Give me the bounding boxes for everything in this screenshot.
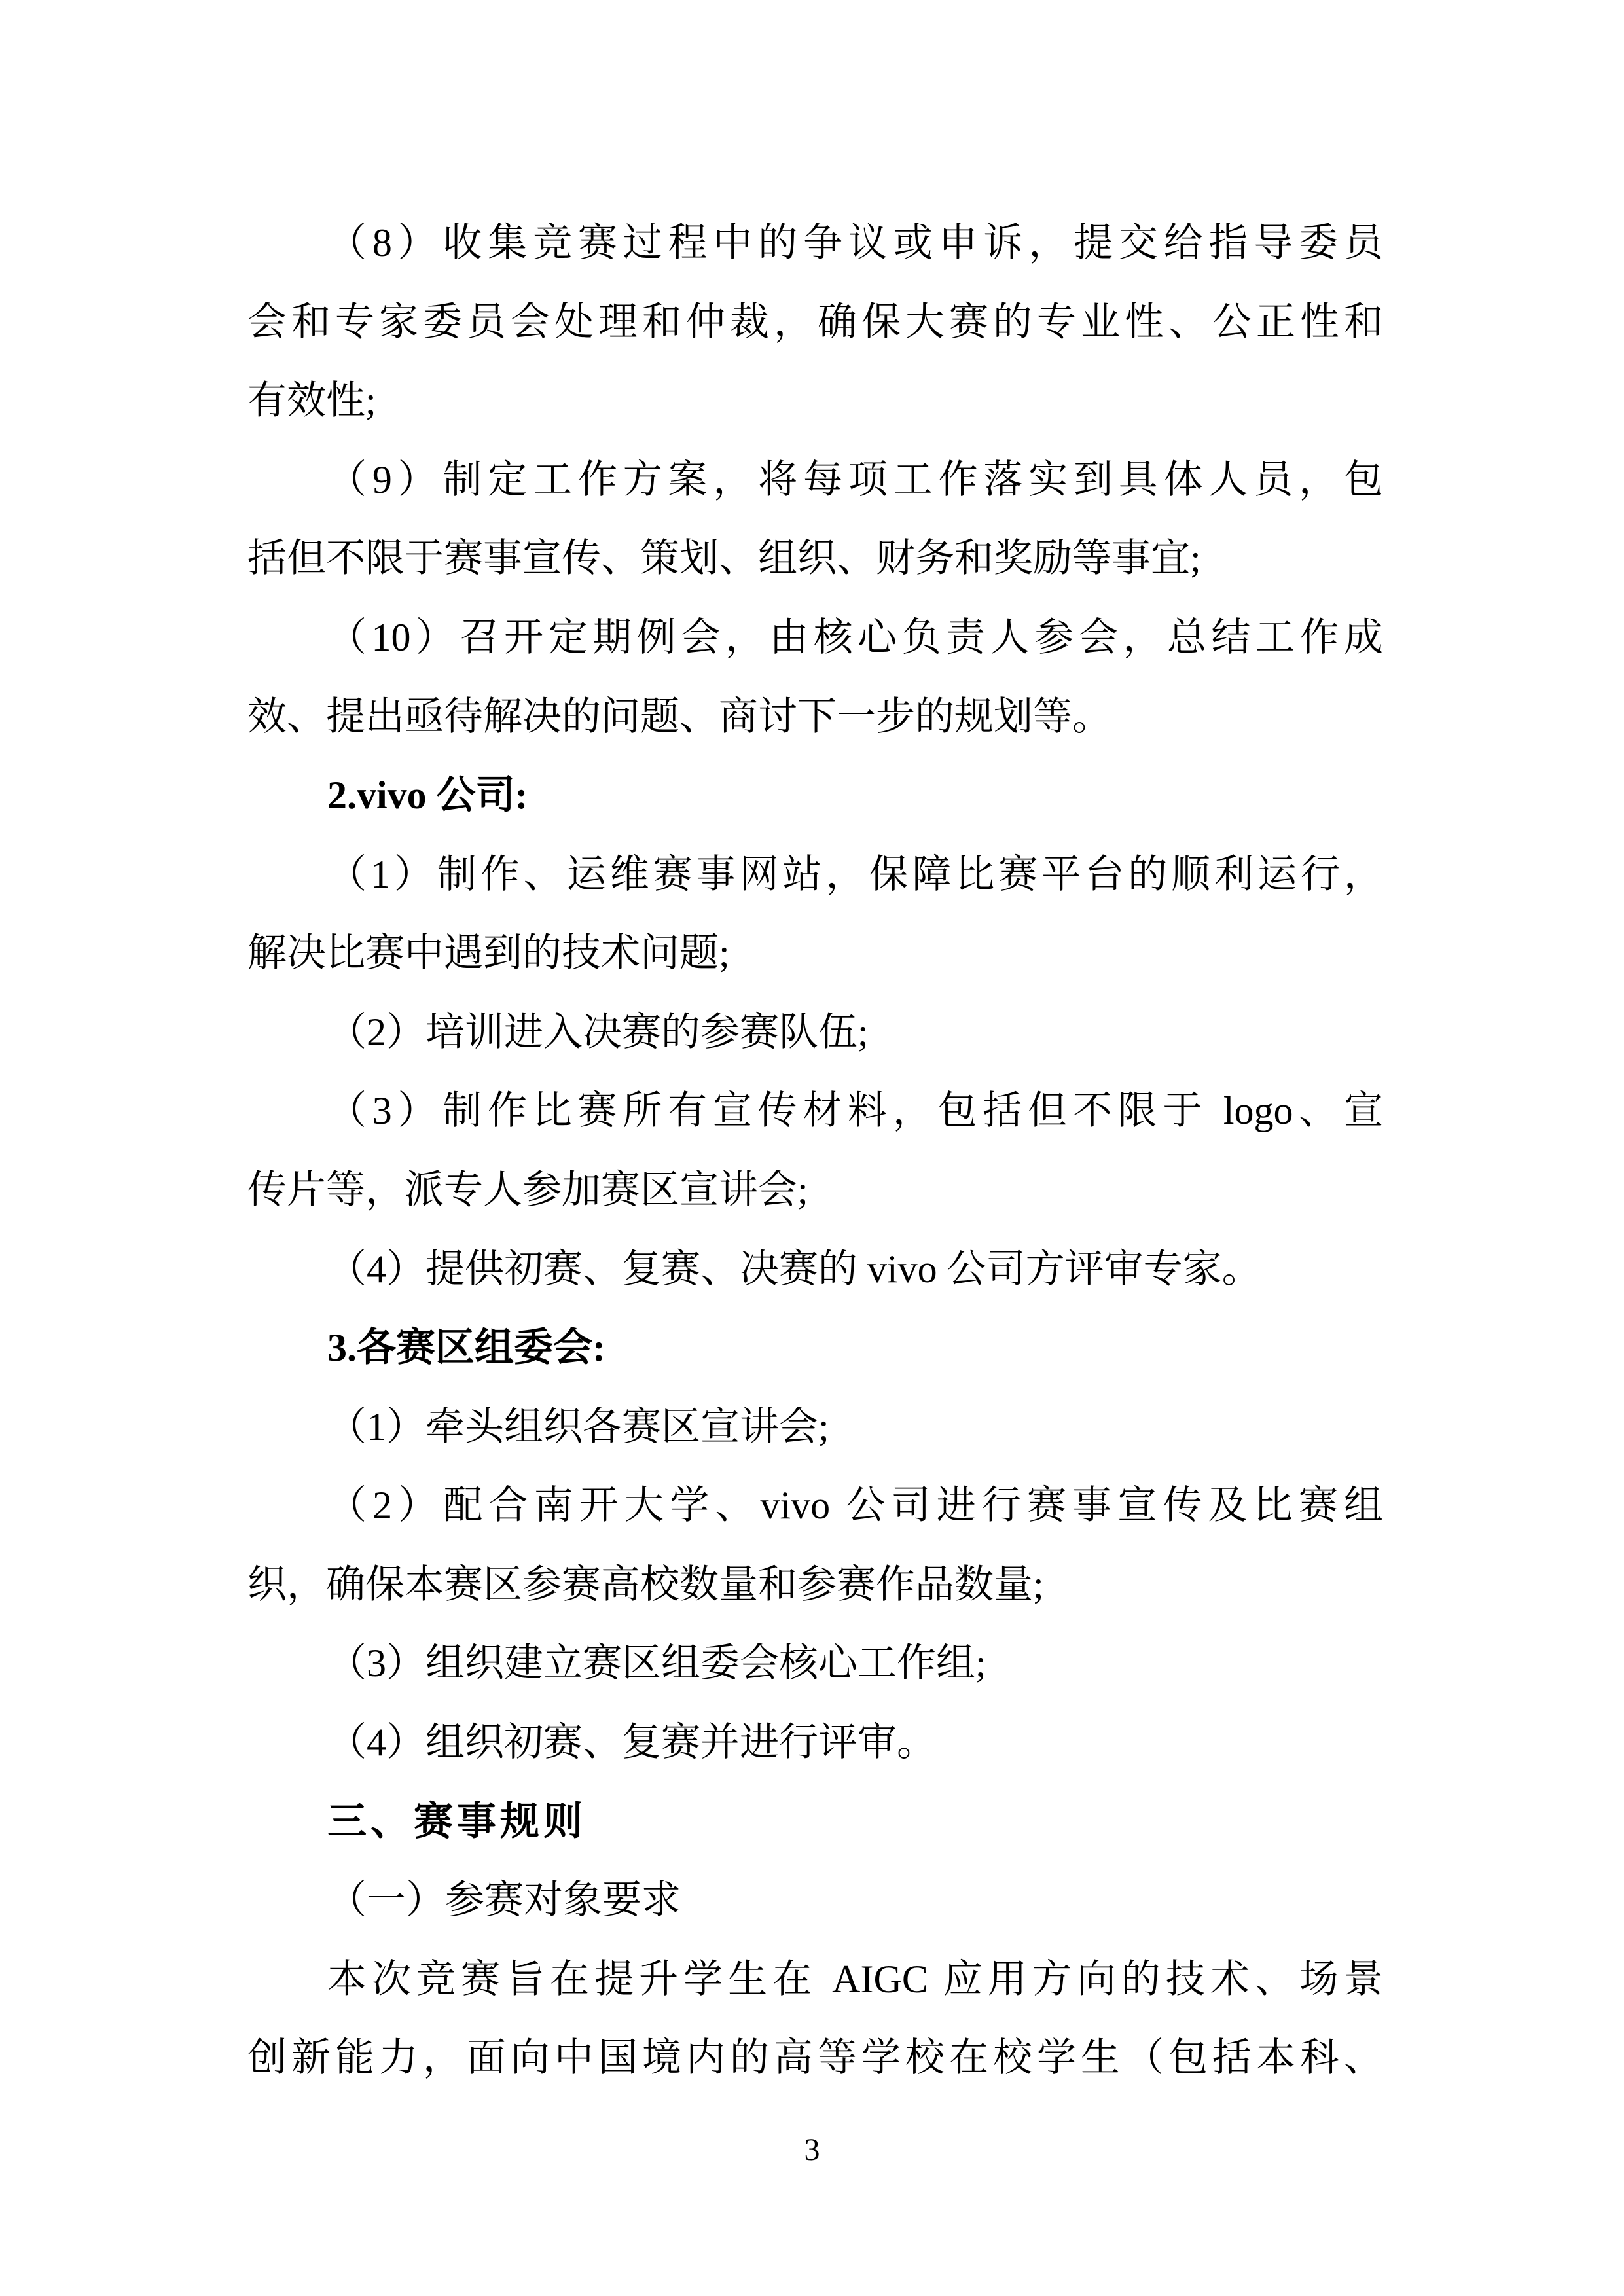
paragraph-line: （3）制作比赛所有宣传材料，包括但不限于 logo、宣 bbox=[247, 1081, 1383, 1140]
paragraph-line: （9）制定工作方案，将每项工作落实到具体人员，包 bbox=[247, 450, 1383, 509]
subheading-regional-committee: 3.各赛区组委会: bbox=[247, 1318, 1383, 1377]
paragraph-line: 有效性; bbox=[247, 371, 1383, 430]
paragraph-line: （4）提供初赛、复赛、决赛的 vivo 公司方评审专家。 bbox=[247, 1240, 1383, 1299]
document-page: （8）收集竞赛过程中的争议或申诉，提交给指导委员 会和专家委员会处理和仲裁，确保… bbox=[0, 0, 1624, 2296]
paragraph-line: 括但不限于赛事宣传、策划、组织、财务和奖励等事宜; bbox=[247, 529, 1383, 588]
paragraph-line: （1）牵头组织各赛区宣讲会; bbox=[247, 1397, 1383, 1456]
paragraph-line: 会和专家委员会处理和仲裁，确保大赛的专业性、公正性和 bbox=[247, 293, 1383, 351]
section-heading: 三、赛事规则 bbox=[247, 1792, 1383, 1851]
paragraph-line: （2）培训进入决赛的参赛队伍; bbox=[247, 1003, 1383, 1062]
paragraph-line: 传片等，派专人参加赛区宣讲会; bbox=[247, 1160, 1383, 1219]
paragraph-line: （3）组织建立赛区组委会核心工作组; bbox=[247, 1634, 1383, 1693]
paragraph-line: （10）召开定期例会，由核心负责人参会，总结工作成 bbox=[247, 608, 1383, 667]
subsection-heading: （一）参赛对象要求 bbox=[247, 1871, 1383, 1929]
paragraph-line: 创新能力，面向中国境内的高等学校在校学生（包括本科、 bbox=[247, 2028, 1383, 2087]
paragraph-line: 解决比赛中遇到的技术问题; bbox=[247, 924, 1383, 982]
paragraph-line: 效、提出亟待解决的问题、商讨下一步的规划等。 bbox=[247, 687, 1383, 746]
paragraph-line: （4）组织初赛、复赛并进行评审。 bbox=[247, 1713, 1383, 1772]
paragraph-line: 本次竞赛旨在提升学生在 AIGC 应用方向的技术、场景 bbox=[247, 1950, 1383, 2009]
paragraph-line: （2）配合南开大学、vivo 公司进行赛事宣传及比赛组 bbox=[247, 1476, 1383, 1535]
paragraph-line: 织，确保本赛区参赛高校数量和参赛作品数量; bbox=[247, 1555, 1383, 1614]
paragraph-line: （8）收集竞赛过程中的争议或申诉，提交给指导委员 bbox=[247, 213, 1383, 272]
subheading-vivo: 2.vivo 公司: bbox=[247, 766, 1383, 825]
page-number: 3 bbox=[0, 2127, 1624, 2173]
paragraph-line: （1）制作、运维赛事网站，保障比赛平台的顺利运行， bbox=[247, 845, 1383, 904]
